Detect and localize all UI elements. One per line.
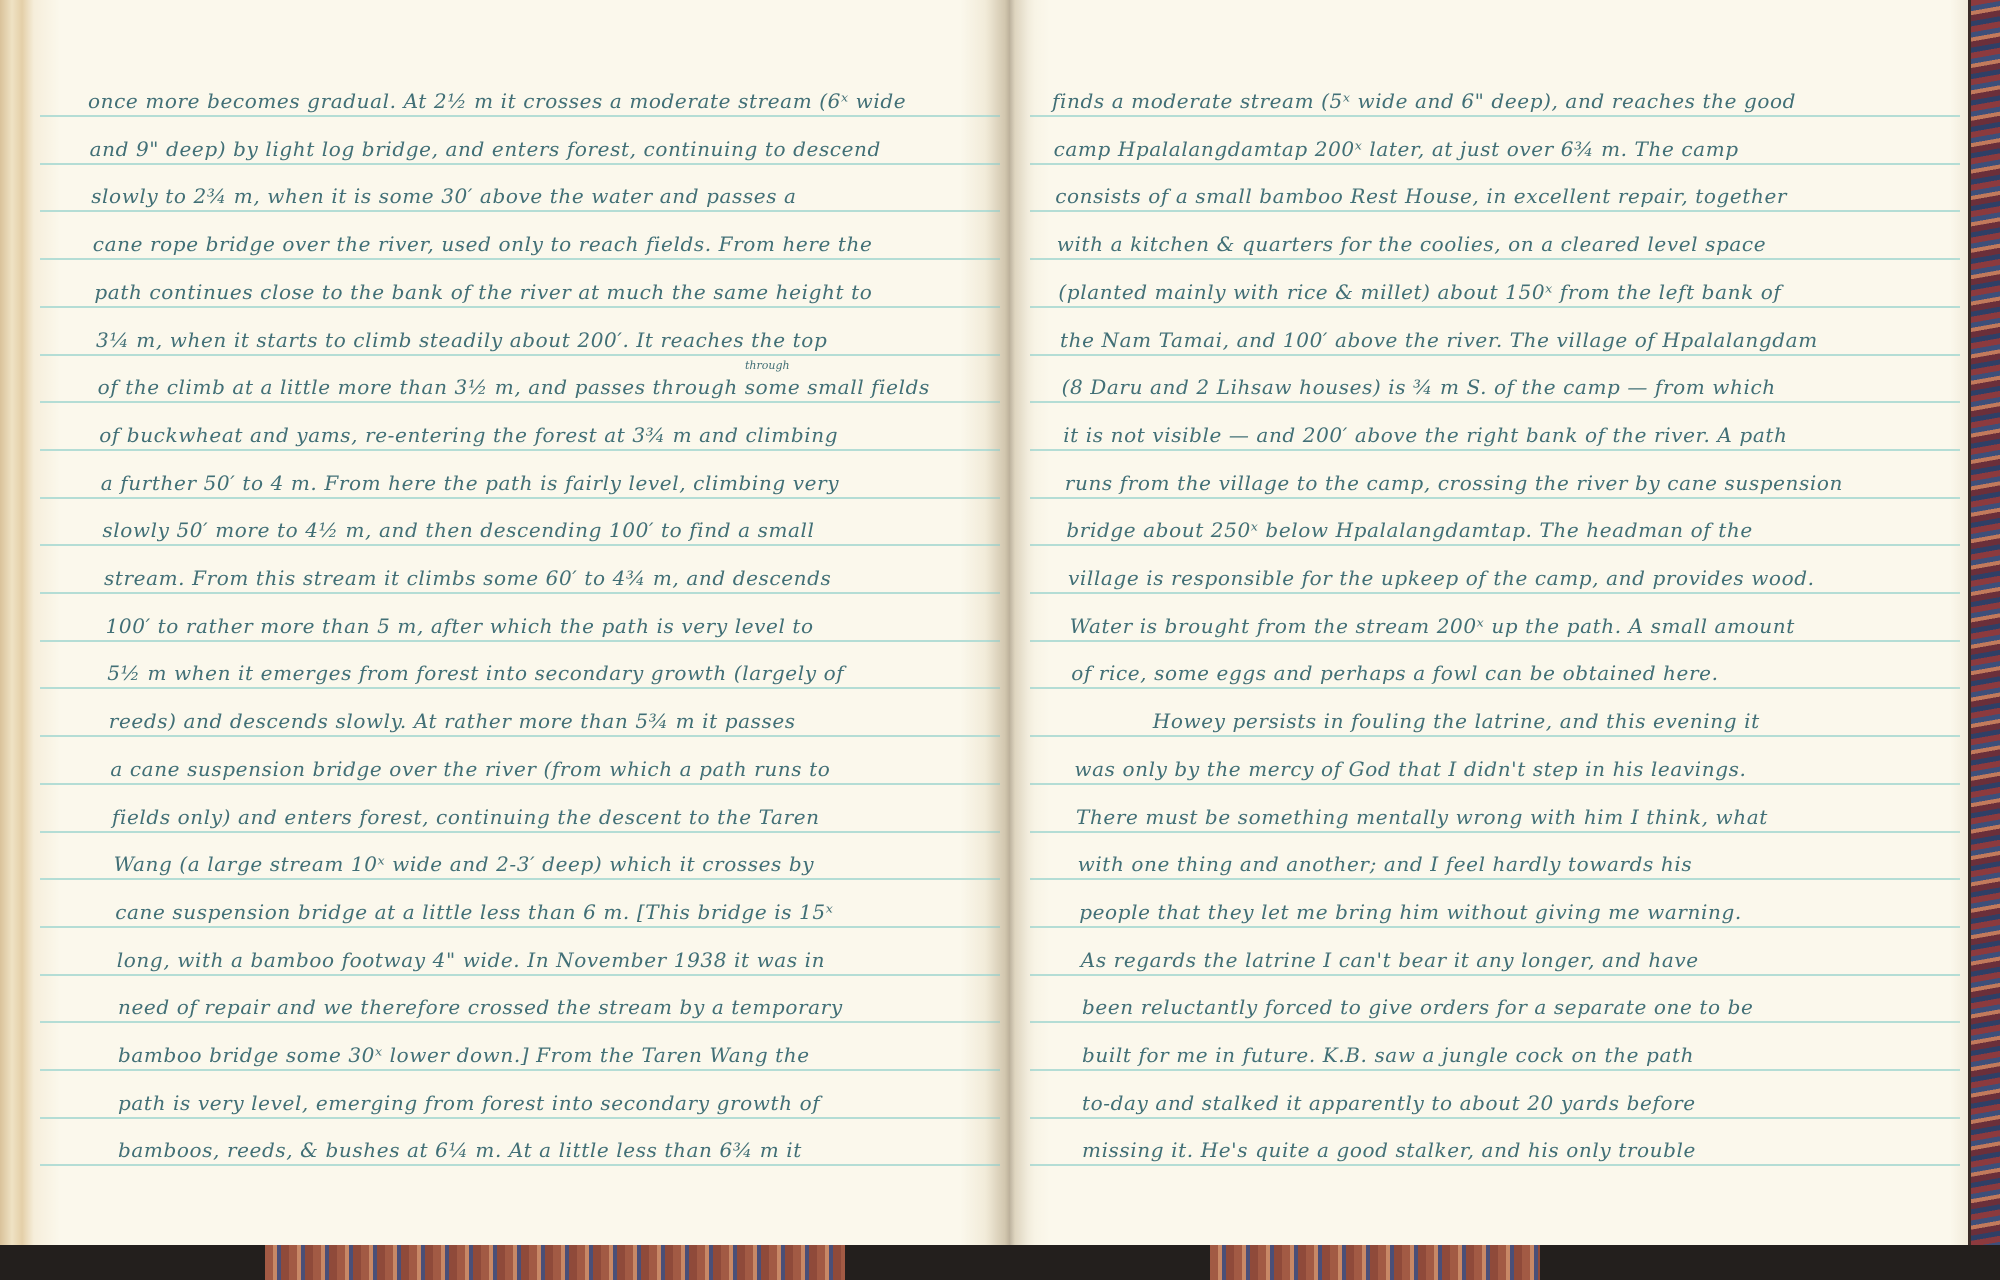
notebook-spread: once more becomes gradual. At 2½ m it cr… bbox=[0, 0, 2000, 1245]
handwritten-line: 5½ m when it emerges from forest into se… bbox=[107, 661, 844, 685]
handwritten-line: long, with a bamboo footway 4" wide. In … bbox=[117, 948, 825, 972]
ruled-line bbox=[40, 926, 1000, 928]
ruled-line bbox=[1030, 974, 1960, 976]
ruled-line bbox=[40, 1117, 1000, 1119]
handwritten-line: cane rope bridge over the river, used on… bbox=[93, 232, 873, 256]
handwritten-line: slowly to 2¾ m, when it is some 30′ abov… bbox=[91, 184, 796, 208]
inserted-word: through bbox=[745, 359, 790, 372]
handwritten-line: runs from the village to the camp, cross… bbox=[1065, 471, 1843, 495]
ruled-line bbox=[40, 640, 1000, 642]
ruled-line bbox=[40, 354, 1000, 356]
handwritten-line: cane suspension bridge at a little less … bbox=[115, 900, 833, 924]
ruled-line bbox=[1030, 878, 1960, 880]
handwritten-line: slowly 50′ more to 4½ m, and then descen… bbox=[102, 518, 814, 542]
ruled-line bbox=[40, 592, 1000, 594]
ruled-line bbox=[40, 210, 1000, 212]
ruled-line bbox=[1030, 1069, 1960, 1071]
ruled-line bbox=[1030, 544, 1960, 546]
ruled-line bbox=[40, 974, 1000, 976]
ruled-line bbox=[1030, 687, 1960, 689]
handwritten-line: There must be something mentally wrong w… bbox=[1076, 805, 1768, 829]
ruled-line bbox=[40, 401, 1000, 403]
ruled-line bbox=[1030, 831, 1960, 833]
handwritten-line: stream. From this stream it climbs some … bbox=[104, 566, 831, 590]
handwritten-line: of rice, some eggs and perhaps a fowl ca… bbox=[1071, 661, 1718, 685]
handwritten-line: need of repair and we therefore crossed … bbox=[118, 995, 843, 1019]
handwritten-line: built for me in future. K.B. saw a jungl… bbox=[1082, 1043, 1694, 1067]
handwritten-line: (planted mainly with rice & millet) abou… bbox=[1058, 280, 1781, 304]
handwritten-line: path continues close to the bank of the … bbox=[94, 280, 872, 304]
ruled-line bbox=[40, 163, 1000, 165]
handwritten-line: bamboo bridge some 30ˣ lower down.] From… bbox=[118, 1043, 810, 1067]
ruled-line bbox=[40, 449, 1000, 451]
handwritten-line: village is responsible for the upkeep of… bbox=[1068, 566, 1815, 590]
ruled-line bbox=[1030, 1021, 1960, 1023]
ruled-line bbox=[40, 783, 1000, 785]
handwritten-line: was only by the mercy of God that I didn… bbox=[1074, 757, 1746, 781]
ruled-line bbox=[40, 1164, 1000, 1166]
ruled-line bbox=[40, 831, 1000, 833]
ruled-line bbox=[1030, 926, 1960, 928]
handwritten-line: fields only) and enters forest, continui… bbox=[112, 805, 820, 829]
ruled-line bbox=[1030, 354, 1960, 356]
handwritten-line: As regards the latrine I can't bear it a… bbox=[1081, 948, 1699, 972]
ruled-line bbox=[1030, 306, 1960, 308]
right-page: finds a moderate stream (5ˣ wide and 6" … bbox=[1010, 0, 1970, 1245]
handwritten-line: people that they let me bring him withou… bbox=[1079, 900, 1742, 924]
ruled-line bbox=[40, 497, 1000, 499]
handwritten-line: missing it. He's quite a good stalker, a… bbox=[1082, 1138, 1696, 1162]
handwritten-line: and 9" deep) by light log bridge, and en… bbox=[90, 137, 881, 161]
handwritten-line: once more becomes gradual. At 2½ m it cr… bbox=[88, 89, 906, 113]
handwritten-line: with one thing and another; and I feel h… bbox=[1078, 852, 1693, 876]
ruled-line bbox=[40, 735, 1000, 737]
handwritten-line: the Nam Tamai, and 100′ above the river.… bbox=[1060, 328, 1818, 352]
handwritten-line: of the climb at a little more than 3½ m,… bbox=[98, 375, 930, 399]
ruled-line bbox=[40, 1069, 1000, 1071]
handwritten-line: a further 50′ to 4 m. From here the path… bbox=[101, 471, 839, 495]
handwritten-line: been reluctantly forced to give orders f… bbox=[1082, 995, 1753, 1019]
handwritten-line: (8 Daru and 2 Lihsaw houses) is ¾ m S. o… bbox=[1062, 375, 1776, 399]
left-page: once more becomes gradual. At 2½ m it cr… bbox=[0, 0, 1010, 1245]
ruled-line bbox=[40, 544, 1000, 546]
ruled-line bbox=[1030, 783, 1960, 785]
handwritten-line: Howey persists in fouling the latrine, a… bbox=[1153, 709, 1760, 733]
handwritten-line: to-day and stalked it apparently to abou… bbox=[1082, 1091, 1696, 1115]
ruled-line bbox=[1030, 1164, 1960, 1166]
ruled-line bbox=[40, 115, 1000, 117]
handwritten-line: camp Hpalalangdamtap 200ˣ later, at just… bbox=[1054, 137, 1739, 161]
book-gutter bbox=[985, 0, 1035, 1245]
handwritten-line: 100′ to rather more than 5 m, after whic… bbox=[106, 614, 814, 638]
marbled-endpaper-edge bbox=[1968, 0, 2000, 1245]
ruled-line bbox=[1030, 401, 1960, 403]
ruled-line bbox=[1030, 592, 1960, 594]
ruled-line bbox=[1030, 735, 1960, 737]
ruled-line bbox=[1030, 497, 1960, 499]
handwritten-line: it is not visible — and 200′ above the r… bbox=[1063, 423, 1787, 447]
ruled-line bbox=[40, 687, 1000, 689]
handwritten-line: bridge about 250ˣ below Hpalalangdamtap.… bbox=[1066, 518, 1752, 542]
ruled-line bbox=[1030, 163, 1960, 165]
ruled-line bbox=[40, 258, 1000, 260]
handwritten-line: 3¼ m, when it starts to climb steadily a… bbox=[96, 328, 827, 352]
handwritten-line: finds a moderate stream (5ˣ wide and 6" … bbox=[1052, 89, 1796, 113]
ruled-line bbox=[40, 1021, 1000, 1023]
ruled-line bbox=[1030, 1117, 1960, 1119]
ruled-line bbox=[40, 878, 1000, 880]
handwritten-line: a cane suspension bridge over the river … bbox=[110, 757, 830, 781]
handwritten-line: reeds) and descends slowly. At rather mo… bbox=[109, 709, 796, 733]
ruled-line bbox=[1030, 210, 1960, 212]
handwritten-line: consists of a small bamboo Rest House, i… bbox=[1055, 184, 1787, 208]
ruled-line bbox=[1030, 258, 1960, 260]
handwritten-line: of buckwheat and yams, re-entering the f… bbox=[99, 423, 838, 447]
handwritten-line: Water is brought from the stream 200ˣ up… bbox=[1070, 614, 1795, 638]
handwritten-line: with a kitchen & quarters for the coolie… bbox=[1057, 232, 1766, 256]
marbled-edge-bottom-right bbox=[1210, 1245, 1540, 1280]
ruled-line bbox=[1030, 115, 1960, 117]
ruled-line bbox=[1030, 449, 1960, 451]
handwritten-line: path is very level, emerging from forest… bbox=[118, 1091, 820, 1115]
ruled-line bbox=[40, 306, 1000, 308]
handwritten-line: Wang (a large stream 10ˣ wide and 2-3′ d… bbox=[114, 852, 815, 876]
marbled-edge-bottom-left bbox=[265, 1245, 845, 1280]
ruled-line bbox=[1030, 640, 1960, 642]
handwritten-line: bamboos, reeds, & bushes at 6¼ m. At a l… bbox=[118, 1138, 802, 1162]
